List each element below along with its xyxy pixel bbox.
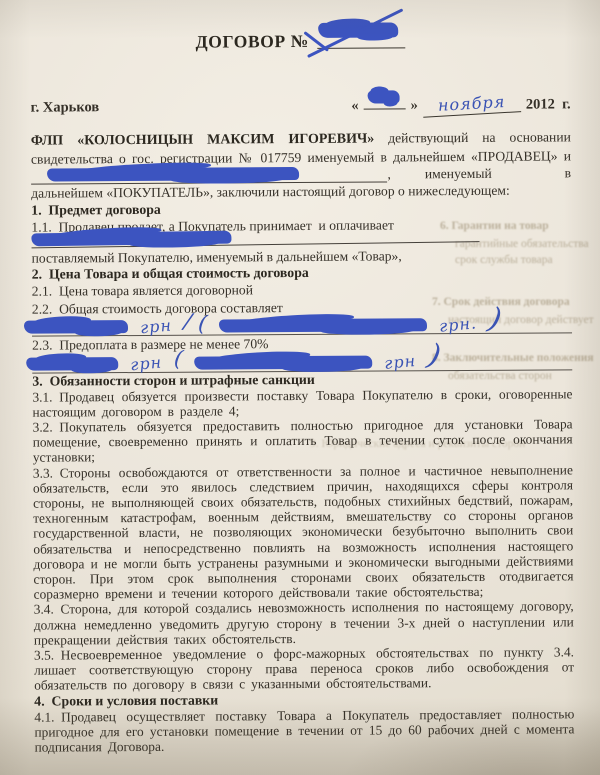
currency-handwritten: грн	[129, 352, 163, 374]
amount-field-total: грн / ( грн. )	[32, 316, 572, 337]
redaction-goods-marker	[31, 231, 231, 247]
preamble-paragraph: ФЛП «КОЛОСНИЦЫН МАКСИМ ИГОРЕВИЧ» действу…	[31, 128, 571, 167]
redaction-amount-marker	[24, 320, 128, 334]
slash-paren-handwritten: / (	[183, 317, 207, 330]
contract-page: ДОГОВОР № г. Харьков «» ноября 2012 г. Ф…	[30, 0, 575, 755]
seller-name: ФЛП «КОЛОСНИЦЫН МАКСИМ ИГОРЕВИЧ»	[31, 132, 374, 149]
preamble-line-2: дальнейшем «ПОКУПАТЕЛЬ», заключили насто…	[31, 182, 571, 203]
date-line: «» ноября 2012 г.	[351, 92, 570, 115]
amount-field-prepayment: грн ( грн )	[32, 352, 572, 373]
contract-title-label: ДОГОВОР №	[196, 31, 309, 52]
clause-4-1: 4.1. Продавец осуществляет поставку Това…	[34, 706, 574, 755]
city-label: г. Харьков	[31, 99, 100, 116]
paren-handwritten: (	[173, 354, 183, 365]
paren-handwritten: )	[428, 350, 442, 362]
contract-title: ДОГОВОР №	[30, 28, 570, 53]
clause-3-1: 3.1. Продавец обязуется произвести поста…	[32, 386, 572, 420]
clause-3-4: 3.4. Сторона, для которой создались нево…	[34, 599, 574, 648]
quote-open: «	[351, 98, 358, 115]
contract-number-field	[317, 29, 405, 49]
currency-handwritten: грн	[384, 351, 418, 373]
redaction-buyer-name-marker	[47, 167, 299, 182]
redaction-amount-words-marker	[219, 318, 427, 332]
contract-document-photo: 6. Гарантии на товар гарантийные обязате…	[0, 0, 600, 775]
redaction-amount-words-marker	[195, 355, 373, 369]
day-field	[363, 93, 405, 109]
clause-3-5: 3.5. Несвоевременное уведомление о форс-…	[34, 644, 574, 693]
clause-3-2: 3.2. Покупатель обязуется предоставить п…	[33, 416, 573, 465]
preamble-word: в	[565, 166, 572, 182]
pen-stroke	[307, 8, 403, 58]
currency-handwritten: грн.	[438, 314, 478, 336]
ruled-line	[31, 166, 387, 185]
city-date-row: г. Харьков «» ноября 2012 г.	[31, 92, 571, 117]
redaction-amount-marker	[26, 357, 118, 371]
goods-blank-field	[31, 232, 479, 248]
justified-words: именуемый в	[391, 166, 571, 183]
quote-close: »	[411, 97, 418, 114]
redaction-day-marker	[367, 90, 399, 103]
redaction-contract-number-marker	[318, 22, 398, 37]
currency-handwritten: грн	[139, 316, 173, 338]
preamble-word: именуемый	[425, 166, 492, 182]
year-label: 2012 г.	[526, 96, 571, 113]
paren-handwritten: )	[488, 313, 502, 325]
month-handwritten: ноября	[422, 91, 521, 118]
clause-3-3: 3.3. Стороны освобождаются от ответствен…	[33, 462, 574, 602]
